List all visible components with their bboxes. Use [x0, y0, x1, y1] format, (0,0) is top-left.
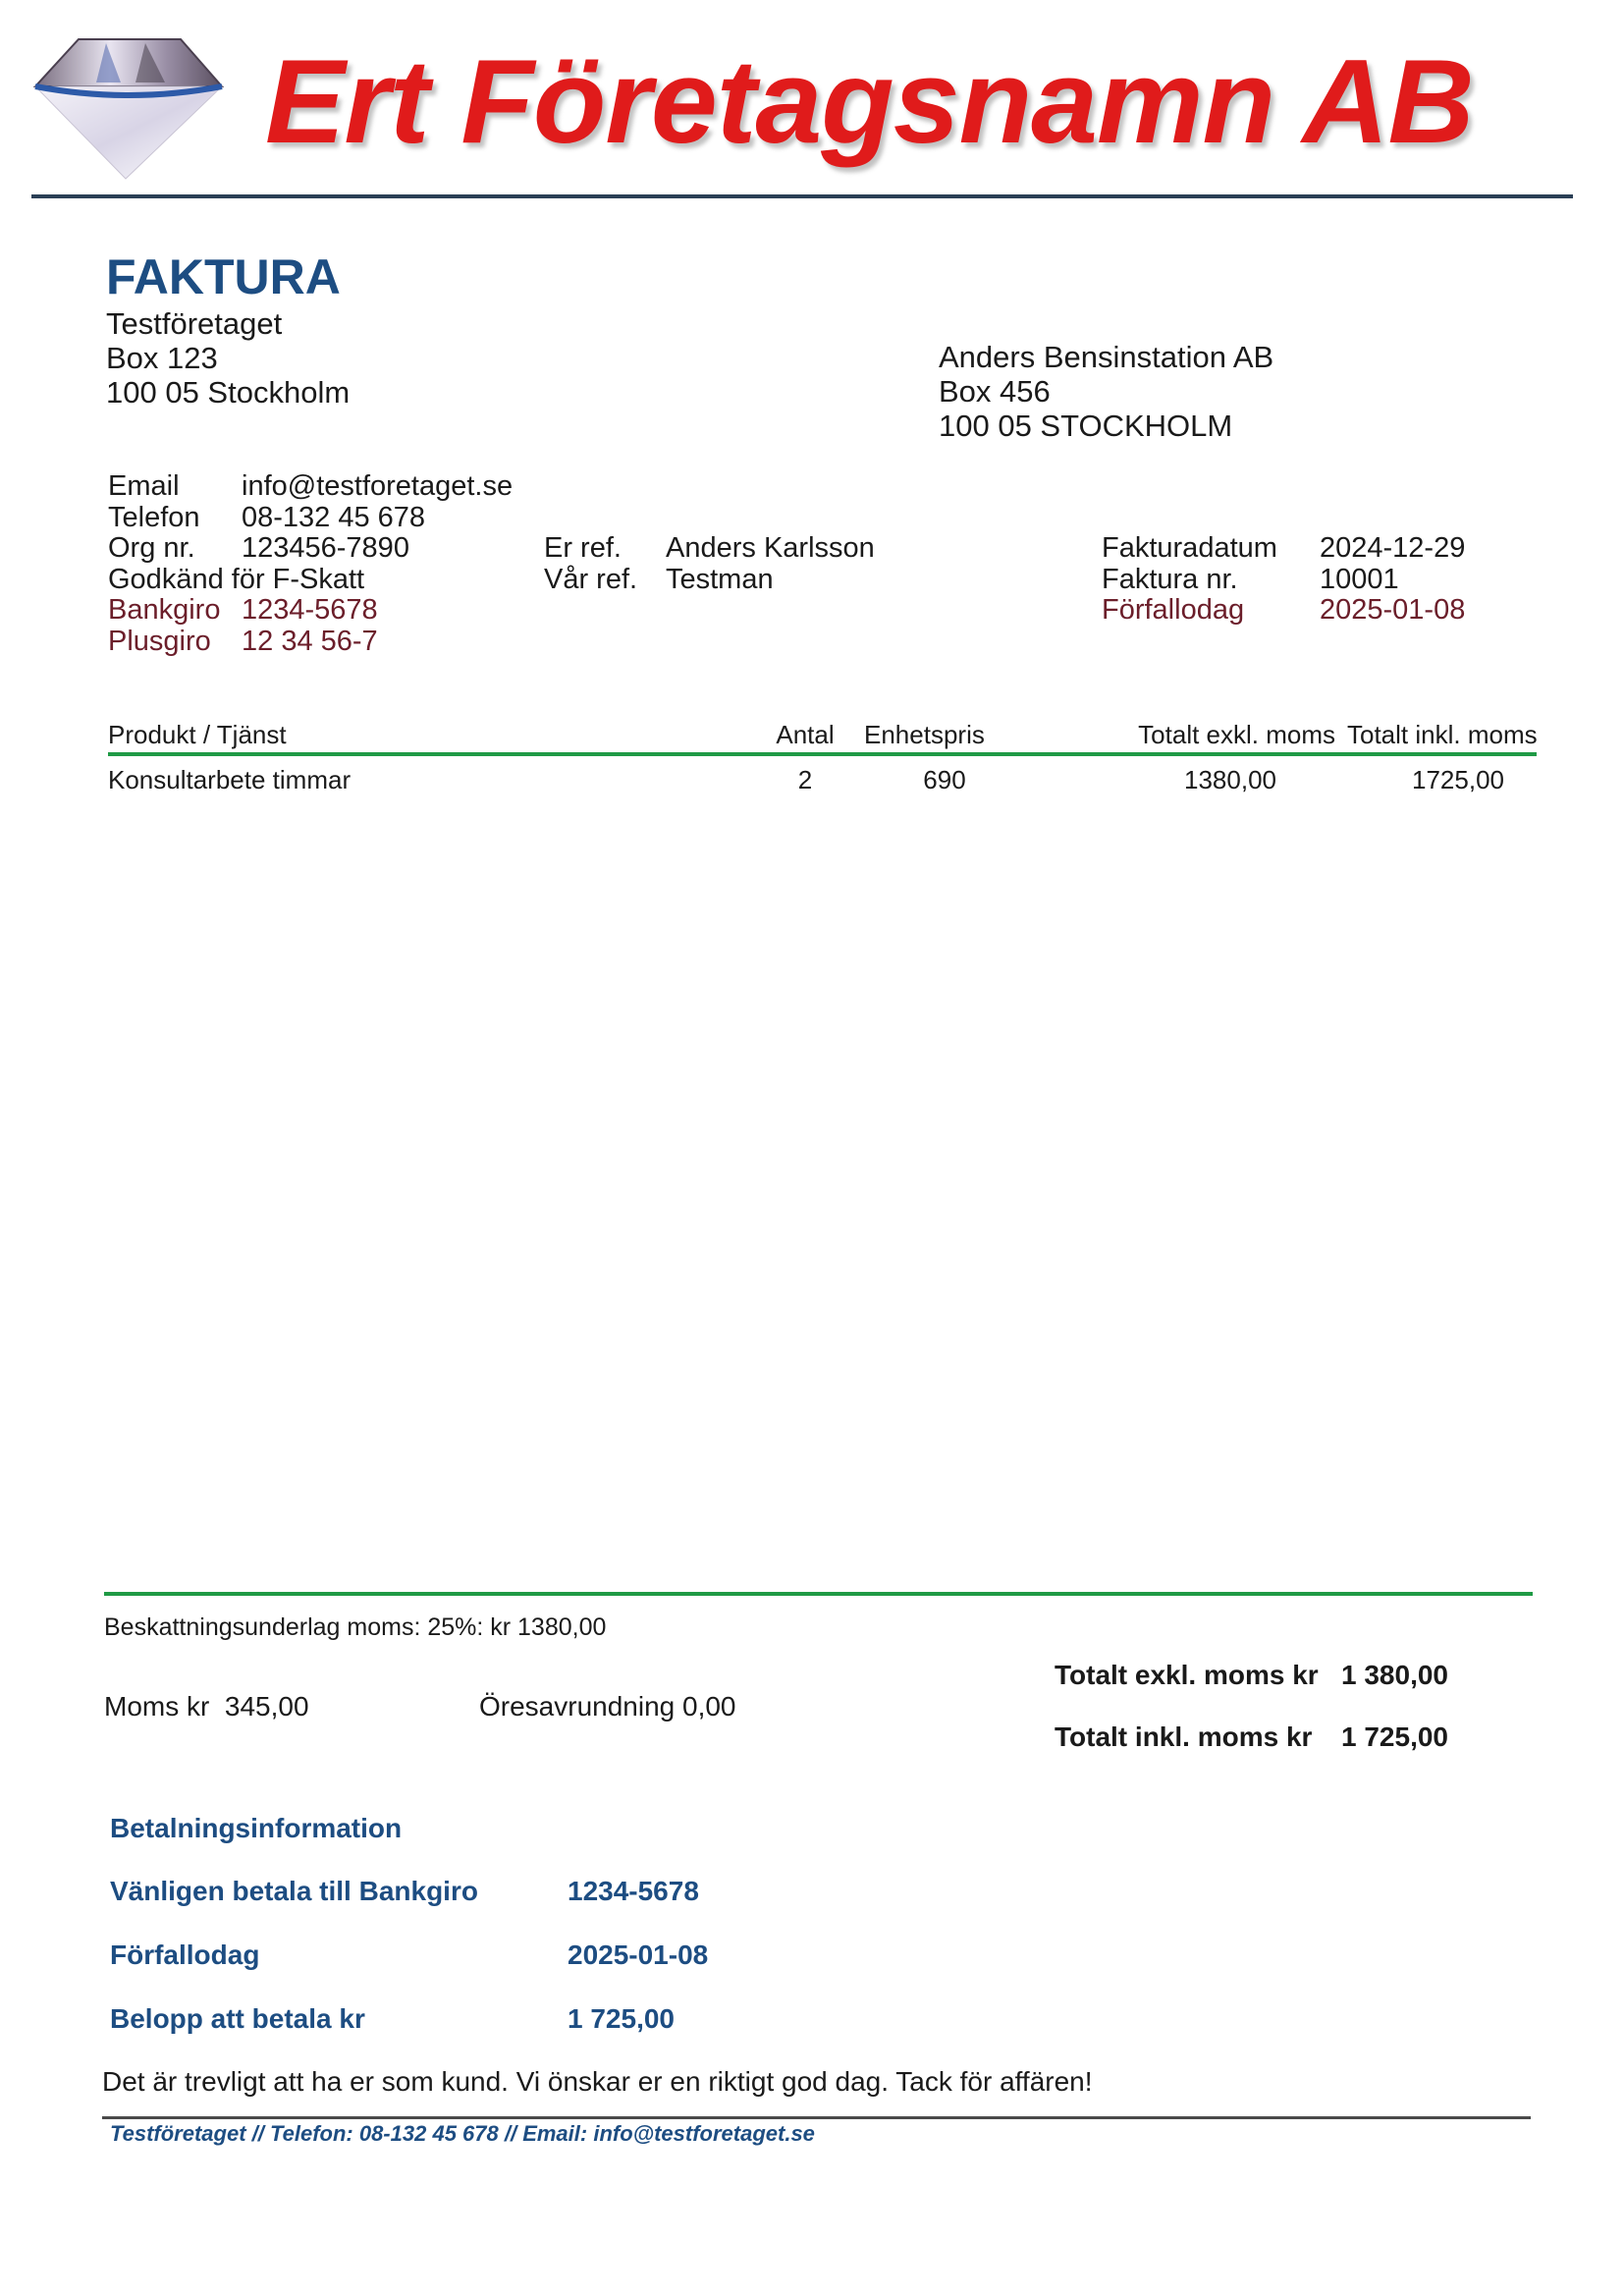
total-value: 1 725,00 [1341, 1722, 1448, 1783]
info-label: Godkänd för F-Skatt [108, 565, 364, 596]
info-value: 1234-5678 [242, 595, 378, 627]
company-info: Email info@testforetaget.se Telefon 08-1… [108, 471, 513, 657]
recipient-name: Anders Bensinstation AB [939, 340, 1273, 374]
col-unit-price: Enhetspris [864, 720, 1011, 750]
info-phone: Telefon 08-132 45 678 [108, 503, 513, 534]
payment-due-value: 2025-01-08 [568, 1940, 708, 1971]
date-value: 10001 [1320, 565, 1399, 596]
payment-due-label: Förfallodag [110, 1940, 259, 1971]
info-value: 123456-7890 [242, 533, 409, 565]
invoice-dates: Fakturadatum 2024-12-29 Faktura nr. 1000… [1102, 533, 1465, 627]
references: Er ref. Anders Karlsson Vår ref. Testman [544, 533, 875, 595]
info-label: Org nr. [108, 533, 242, 565]
payment-heading: Betalningsinformation [110, 1813, 402, 1844]
ref-label: Er ref. [544, 533, 666, 565]
summary-divider [104, 1592, 1533, 1596]
cell-product: Konsultarbete timmar [108, 765, 351, 795]
footer-contact: Testföretaget // Telefon: 08-132 45 678 … [110, 2121, 815, 2147]
info-label: Email [108, 471, 242, 503]
date-label: Faktura nr. [1102, 565, 1320, 596]
table-header-divider [108, 752, 1537, 756]
info-value: 08-132 45 678 [242, 503, 425, 534]
date-label: Förfallodag [1102, 595, 1320, 627]
tax-base: Beskattningsunderlag moms: 25%: kr 1380,… [104, 1613, 606, 1642]
sender-name: Testföretaget [106, 306, 350, 341]
payment-amount-label: Belopp att betala kr [110, 2003, 365, 2035]
total-incl-vat: Totalt inkl. moms kr 1 725,00 [1055, 1722, 1448, 1783]
recipient-street: Box 456 [939, 374, 1273, 409]
info-value: info@testforetaget.se [242, 471, 513, 503]
table-row: Konsultarbete timmar 2 690 1380,00 1725,… [108, 765, 1537, 798]
invoice-title: FAKTURA [106, 247, 341, 306]
header-divider [31, 194, 1573, 198]
info-f-skatt: Godkänd för F-Skatt [108, 565, 513, 596]
ref-your: Er ref. Anders Karlsson [544, 533, 875, 565]
payment-bankgiro-label: Vänligen betala till Bankgiro [110, 1876, 478, 1907]
sender-postal: 100 05 Stockholm [106, 375, 350, 410]
thank-you-message: Det är trevligt att ha er som kund. Vi ö… [102, 2066, 1093, 2098]
cell-unit-price: 690 [905, 765, 984, 795]
cell-quantity: 2 [795, 765, 815, 795]
total-value: 1 380,00 [1341, 1660, 1448, 1722]
info-bankgiro: Bankgiro 1234-5678 [108, 595, 513, 627]
ref-label: Vår ref. [544, 565, 666, 596]
payment-bankgiro-value: 1234-5678 [568, 1876, 699, 1907]
recipient-postal: 100 05 STOCKHOLM [939, 409, 1273, 443]
info-label: Plusgiro [108, 627, 242, 658]
col-quantity: Antal [756, 720, 854, 750]
date-value: 2024-12-29 [1320, 533, 1465, 565]
col-total-incl-vat: Totalt inkl. moms [1347, 720, 1537, 750]
total-label: Totalt inkl. moms kr [1055, 1722, 1341, 1783]
total-label: Totalt exkl. moms kr [1055, 1660, 1341, 1722]
info-email: Email info@testforetaget.se [108, 471, 513, 503]
col-product: Produkt / Tjänst [108, 720, 287, 750]
date-value: 2025-01-08 [1320, 595, 1465, 627]
cell-total-incl-vat: 1725,00 [1347, 765, 1504, 795]
info-label: Bankgiro [108, 595, 242, 627]
diamond-icon [27, 35, 234, 183]
sender-street: Box 123 [106, 341, 350, 375]
ref-value: Testman [666, 565, 774, 596]
total-excl-vat: Totalt exkl. moms kr 1 380,00 [1055, 1660, 1448, 1722]
ref-value: Anders Karlsson [666, 533, 875, 565]
totals: Totalt exkl. moms kr 1 380,00 Totalt ink… [1055, 1660, 1448, 1783]
info-plusgiro: Plusgiro 12 34 56-7 [108, 627, 513, 658]
due-date: Förfallodag 2025-01-08 [1102, 595, 1465, 627]
info-label: Telefon [108, 503, 242, 534]
sender-address: Testföretaget Box 123 100 05 Stockholm [106, 306, 350, 410]
invoice-date: Fakturadatum 2024-12-29 [1102, 533, 1465, 565]
table-header: Produkt / Tjänst Antal Enhetspris Totalt… [108, 720, 1537, 751]
col-total-excl-vat: Totalt exkl. moms [1090, 720, 1335, 750]
recipient-address: Anders Bensinstation AB Box 456 100 05 S… [939, 340, 1273, 443]
cell-total-excl-vat: 1380,00 [1090, 765, 1276, 795]
info-value: 12 34 56-7 [242, 627, 378, 658]
payment-amount-value: 1 725,00 [568, 2003, 675, 2035]
date-label: Fakturadatum [1102, 533, 1320, 565]
invoice-number: Faktura nr. 10001 [1102, 565, 1465, 596]
vat-amount: Moms kr 345,00 [104, 1691, 309, 1722]
ref-our: Vår ref. Testman [544, 565, 875, 596]
company-name: Ert Företagsnamn AB [265, 27, 1474, 175]
info-org-nr: Org nr. 123456-7890 [108, 533, 513, 565]
footer-divider [102, 2116, 1531, 2119]
rounding: Öresavrundning 0,00 [479, 1691, 736, 1722]
